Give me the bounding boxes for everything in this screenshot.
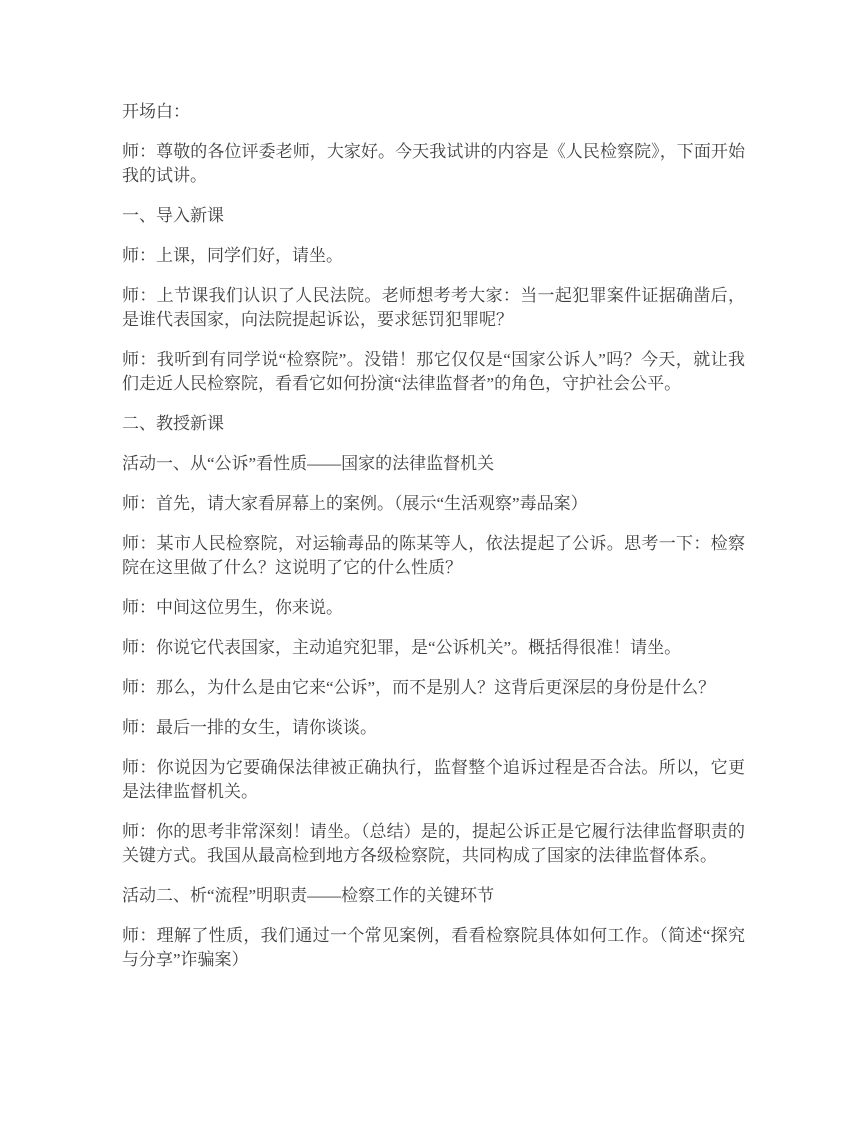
teacher-line: 师：你说它代表国家，主动追究犯罪，是“公诉机关”。概括得很准！请坐。 xyxy=(122,636,745,660)
teacher-line: 师：那么，为什么是由它来“公诉”，而不是别人？这背后更深层的身份是什么？ xyxy=(122,676,745,700)
teacher-line: 师：你说因为它要确保法律被正确执行，监督整个追诉过程是否合法。所以，它更是法律监… xyxy=(122,756,745,804)
teacher-line: 师：最后一排的女生，请你谈谈。 xyxy=(122,716,745,740)
teacher-line-greeting: 师：尊敬的各位评委老师，大家好。今天我试讲的内容是《人民检察院》，下面开始我的试… xyxy=(122,140,745,188)
teacher-line: 师：理解了性质，我们通过一个常见案例，看看检察院具体如何工作。（简述“探究与分享… xyxy=(122,924,745,972)
teacher-line: 师：上课，同学们好，请坐。 xyxy=(122,244,745,268)
teacher-line: 师：上节课我们认识了人民法院。老师想考考大家：当一起犯罪案件证据确凿后，是谁代表… xyxy=(122,284,745,332)
teacher-line: 师：某市人民检察院，对运输毒品的陈某等人，依法提起了公诉。思考一下：检察院在这里… xyxy=(122,532,745,580)
teacher-line: 师：我听到有同学说“检察院”。没错！那它仅仅是“国家公诉人”吗？今天，就让我们走… xyxy=(122,348,745,396)
teacher-line: 师：首先，请大家看屏幕上的案例。（展示“生活观察”毒品案） xyxy=(122,492,745,516)
document-body: 开场白： 师：尊敬的各位评委老师，大家好。今天我试讲的内容是《人民检察院》，下面… xyxy=(122,100,745,988)
opening-label: 开场白： xyxy=(122,100,745,124)
teacher-line-summary: 师：你的思考非常深刻！请坐。（总结）是的，提起公诉正是它履行法律监督职责的关键方… xyxy=(122,820,745,868)
section-heading-1: 一、导入新课 xyxy=(122,204,745,228)
document-page: 开场白： 师：尊敬的各位评委老师，大家好。今天我试讲的内容是《人民检察院》，下面… xyxy=(0,0,866,1122)
activity-heading-2: 活动二、析“流程”明职责——检察工作的关键环节 xyxy=(122,884,745,908)
section-heading-2: 二、教授新课 xyxy=(122,412,745,436)
teacher-line: 师：中间这位男生，你来说。 xyxy=(122,596,745,620)
activity-heading-1: 活动一、从“公诉”看性质——国家的法律监督机关 xyxy=(122,452,745,476)
